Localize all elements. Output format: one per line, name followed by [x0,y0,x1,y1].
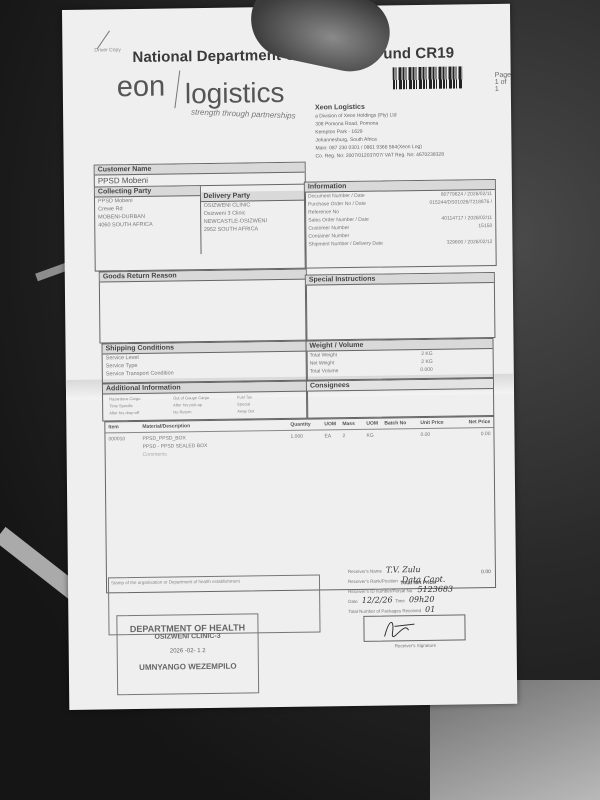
weight-value: 2 KG [421,358,432,366]
goods-return-label: Goods Return Reason [100,270,306,283]
item-number: 000010 [108,435,142,459]
weight-key: Total Volume [310,367,339,375]
stamp-area-label: Stamp of the organisation or Department … [109,575,319,587]
signature-box: Receiver's Signature [363,614,465,641]
item-mass: 2 [342,432,366,456]
item-uom: EA [324,432,342,456]
col-uom: UOM [324,421,342,427]
info-value: 15150 [478,222,492,230]
shipping-row: Service Transport Condition [103,368,307,379]
col-item: Item [108,424,142,430]
additional-options: Hazardous Cargo Out of Gauge Cargo Fuel … [103,392,307,418]
collecting-party: Collecting Party PPSD Mobeni Crewe Rd MO… [95,186,201,255]
stamp-date: 2026 -02- 1 2 [118,647,258,655]
receiver-name-label: Receiver's Name [348,569,382,574]
stamp-line-3: UMNYANGO WEZEMPILO [118,661,258,672]
receiver-date-label: Date [348,599,358,604]
goods-return-section: Goods Return Reason [99,269,308,344]
company-address: Xeon Logistics a Division of Xeon Holdin… [315,103,444,161]
weight-volume-section: Weight / Volume Total Weight2 KG Net Wei… [305,338,493,381]
clinic-stamp: DEPARTMENT OF HEALTH OSIZWENI CLINIC-3 2… [116,613,259,695]
receiver-packages-value: 01 [425,605,435,614]
logo-logistics: logistics [185,77,285,110]
option-no-return: No Return [173,408,237,416]
option-after-hrs-dropoff: After hrs drop-off [109,408,173,416]
info-key: Shipment Number / Delivery Date [308,240,383,249]
col-material: Material/Description [142,422,290,430]
item-mass-uom: KG [366,432,384,456]
delivery-party: Delivery Party OSIZWENI CLINIC Osizweni … [200,185,305,254]
signature-scribble-icon [364,615,464,640]
copy-label: Driver Copy [94,47,120,53]
address-line: a Division of Xeon Holdings (Pty) Ltd [315,112,396,119]
delivery-note-sheet: Driver Copy National Department of Healt… [62,4,517,710]
col-unit-price: Unit Price [420,419,464,426]
col-mass-uom: UOM [366,421,384,427]
item-unit-price: 0.00 [420,430,464,455]
logo-divider [174,70,180,108]
logo-tagline: strength through partnerships [191,107,296,120]
weight-value: 0.000 [420,366,433,374]
address-line: Johannesburg, South Africa [315,137,376,144]
receiver-time-value: 09h20 [409,595,435,604]
logo-eon: eon [117,71,166,105]
table-row: 000010 PPSD_PPSD_BOX PPSD - PPSD SEALED … [105,428,493,461]
delivery-line: 2952 SOUTH AFRICA [201,225,306,234]
item-comments: Comments [143,452,167,458]
item-net-price: 0.00 [464,430,490,454]
special-instructions-label: Special Instructions [306,273,494,286]
receiver-date-value: 12/2/26 [362,595,393,604]
receiver-time-label: Time [395,598,405,603]
consignees-label: Consignees [307,379,493,392]
special-instructions-section: Special Instructions [305,272,496,341]
page-indicator: Page 1 of 1 [495,72,512,93]
barcode-icon [393,66,463,89]
info-value: 329600 / 2026/02/12 [447,238,493,247]
company-name: Xeon Logistics [315,104,365,112]
receiver-id-value: 5123683 [417,585,453,594]
additional-information-section: Additional Information Hazardous Cargo O… [102,381,308,422]
col-batch: Batch No [384,420,420,427]
receiver-rank-value: Data Capt. [402,575,446,585]
signature-label: Receiver's Signature [395,643,436,649]
address-line: Kempton Park - 1629 [315,129,362,136]
consignees-section: Consignees [306,378,494,419]
item-quantity: 1.000 [290,432,324,456]
customer-section: Customer Name PPSD Mobeni Collecting Par… [94,162,307,272]
item-material: PPSD_PPSD_BOX PPSD - PPSD SEALED BOX Com… [142,433,290,459]
weight-row: Total Volume0.000 [307,365,493,376]
col-net-price: Net Price [464,419,490,425]
address-line: Co. Reg. No: 2007/012037/07/ VAT Reg. No… [316,152,444,160]
information-section: Information Document Number / Date807796… [304,179,497,269]
receiver-name-value: T.V. Zulu [386,565,421,574]
info-value: 015244/DS01026/7218876 / [429,198,492,207]
col-mass: Mass [342,421,366,427]
collecting-line: 4060 SOUTH AFRICA [95,220,200,229]
shipping-conditions-section: Shipping Conditions Service Level Servic… [101,341,307,384]
option-away-out: Away Out [237,407,301,415]
receiver-rank-label: Receiver's Rank/Position [348,578,398,584]
material-code: PPSD_PPSD_BOX [142,435,185,442]
receiver-section: Receiver's NameT.V. Zulu Receiver's Rank… [348,564,499,616]
receiver-id-label: Receiver's ID number/Persal No. [348,588,413,594]
receiver-packages-label: Total Number of Packages Received [348,608,421,614]
address-line: Main: 087 230 0301 / 0861 9366 564(Xeon … [315,144,422,151]
info-row: Shipment Number / Delivery Date329600 / … [305,238,495,249]
address-line: 308 Pomona Road, Pomona [315,121,378,128]
item-batch [384,431,420,456]
weight-value: 2 KG [421,350,432,358]
material-description: PPSD - PPSD SEALED BOX [143,443,208,450]
col-quantity: Quantity [290,421,324,427]
